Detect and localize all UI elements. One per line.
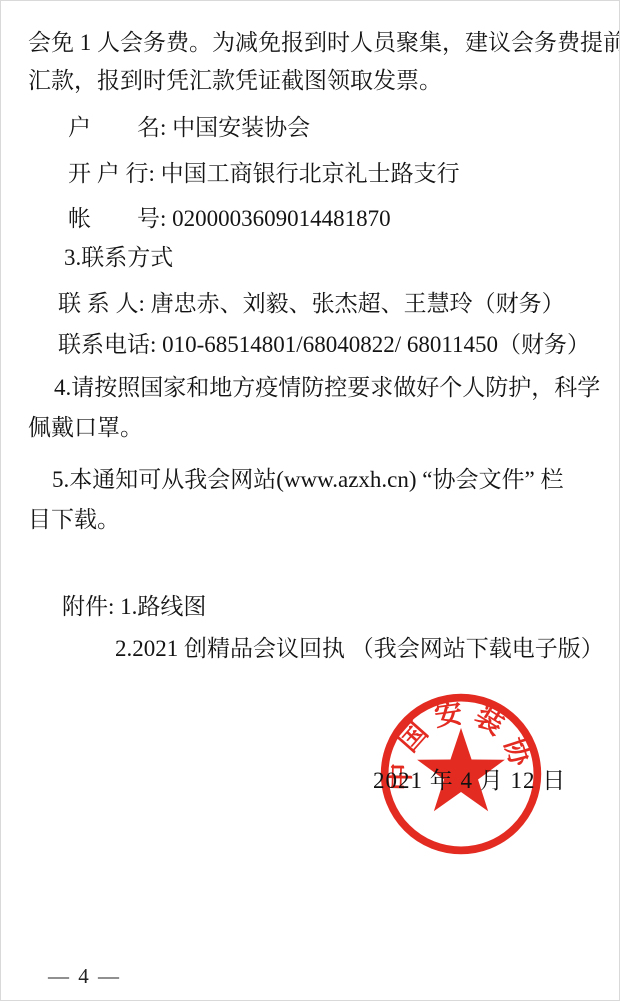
paragraph-fee-line-1: 会免 1 人会务费。为减免报到时人员聚集，建议会务费提前 <box>28 28 620 58</box>
paragraph-website-line-1: 5.本通知可从我会网站(www.azxh.cn) “协会文件” 栏 <box>52 465 563 495</box>
bank-branch-line: 开 户 行: 中国工商银行北京礼士路支行 <box>68 159 460 189</box>
contact-section-heading: 3.联系方式 <box>64 243 173 273</box>
contact-person-line: 联 系 人: 唐忠赤、刘毅、张杰超、王慧玲（财务） <box>58 289 565 319</box>
document-date: 2021 年 4 月 12 日 <box>373 766 566 796</box>
contact-phone-line: 联系电话: 010-68514801/68040822/ 68011450（财务… <box>58 330 590 360</box>
attachment-line-2: 2.2021 创精品会议回执 （我会网站下载电子版） <box>115 634 604 664</box>
paragraph-protection-line-1: 4.请按照国家和地方疫情防控要求做好个人防护，科学 <box>54 373 600 403</box>
account-number-line: 帐 号: 0200003609014481870 <box>68 204 391 234</box>
account-name-line: 户 名: 中国安装协会 <box>68 113 310 143</box>
paragraph-fee-line-2: 汇款，报到时凭汇款凭证截图领取发票。 <box>28 66 442 96</box>
attachment-line-1: 附件: 1.路线图 <box>62 592 206 622</box>
page-number: — 4 — <box>48 964 121 989</box>
document-page: 会免 1 人会务费。为减免报到时人员聚集，建议会务费提前 汇款，报到时凭汇款凭证… <box>0 0 620 1001</box>
paragraph-protection-line-2: 佩戴口罩。 <box>28 413 143 443</box>
paragraph-website-line-2: 目下载。 <box>28 505 120 535</box>
